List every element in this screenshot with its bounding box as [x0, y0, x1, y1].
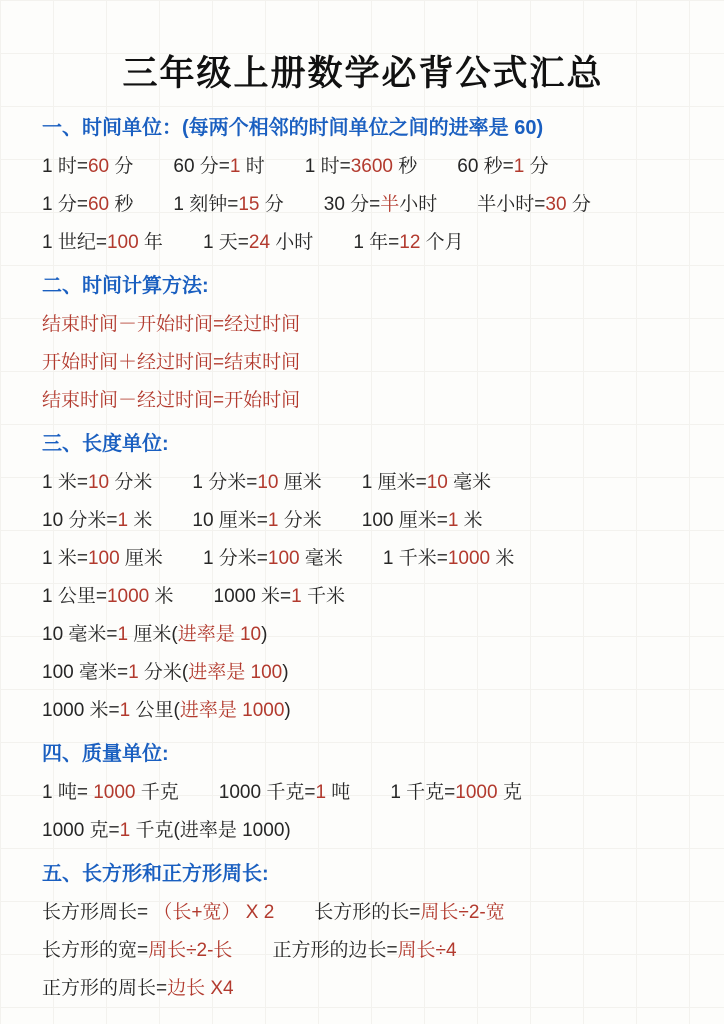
- formula-highlight: 24: [249, 232, 270, 253]
- formula: 1 米=100 厘米: [42, 547, 163, 570]
- formula-text: 时: [240, 156, 264, 177]
- formula-text: 长方形周长=: [42, 902, 153, 923]
- formula-highlight: 半: [380, 194, 399, 215]
- formula: 1 米=10 分米: [42, 471, 152, 494]
- formula-text: 千米: [302, 586, 345, 607]
- formula-highlight: 100: [88, 548, 120, 569]
- formula-highlight: 1000: [107, 586, 149, 607]
- formula-highlight: 1: [230, 156, 241, 177]
- formula-line: 1 米=10 分米1 分米=10 厘米1 厘米=10 毫米: [42, 471, 704, 494]
- formula-text: 公里(: [130, 700, 180, 721]
- formula: 1000 克=1 千克(进率是 1000): [42, 819, 291, 842]
- formula-line: 1000 米=1 公里(进率是 1000): [42, 699, 704, 722]
- formula-highlight: 1: [448, 510, 459, 531]
- formula: 10 毫米=1 厘米(进率是 10): [42, 623, 267, 646]
- formula-highlight: （长+宽） X 2: [153, 902, 274, 923]
- formula-text: 1 吨=: [42, 782, 93, 803]
- formula-text: 个月: [420, 232, 463, 253]
- formula: 1 世纪=100 年: [42, 231, 163, 254]
- formula-text: 1 千米=: [383, 548, 448, 569]
- formula-text: 分米: [109, 472, 152, 493]
- formula-highlight: 1: [120, 820, 131, 841]
- formula-text: 小时: [399, 194, 437, 215]
- formula: 1 年=12 个月: [353, 231, 463, 254]
- formula-text: 克: [498, 782, 522, 803]
- formula-highlight: 60: [88, 194, 109, 215]
- formula: 1 厘米=10 毫米: [362, 471, 491, 494]
- formula-line: 长方形的宽=周长÷2-长正方形的边长=周长÷4: [42, 939, 704, 962]
- formula-text: ): [261, 624, 267, 645]
- formula-text: 年: [139, 232, 163, 253]
- section-heading: 三、长度单位:: [42, 432, 704, 456]
- formula-line: 1 公里=1000 米1000 米=1 千米: [42, 585, 704, 608]
- formula-line: 10 分米=1 米10 厘米=1 分米100 厘米=1 米: [42, 509, 704, 532]
- formula-text: 千克(进率是 1000): [130, 820, 290, 841]
- formula: 半小时=30 分: [477, 193, 591, 216]
- formula-line: 1 时=60 分60 分=1 时1 时=3600 秒60 秒=1 分: [42, 155, 704, 178]
- formula-text: 1 年=: [353, 232, 399, 253]
- formula-text: 60 秒=: [457, 156, 514, 177]
- page-title: 三年级上册数学必背公式汇总: [42, 46, 684, 96]
- formula-text: 千克: [136, 782, 179, 803]
- formula: 1000 千克=1 吨: [219, 781, 351, 804]
- formula-line: 1 世纪=100 年1 天=24 小时1 年=12 个月: [42, 231, 704, 254]
- formula: 1 分=60 秒: [42, 193, 133, 216]
- formula-highlight: 周长÷4: [398, 940, 457, 961]
- formula-text: 1 分米=: [203, 548, 268, 569]
- formula-text: 10 分米=: [42, 510, 118, 531]
- formula-highlight: 10: [257, 472, 278, 493]
- formula-text: 毫米: [448, 472, 491, 493]
- sections-container: 一、时间单位：(每两个相邻的时间单位之间的进率是 60)1 时=60 分60 分…: [42, 116, 704, 1000]
- formula: 1 分米=10 厘米: [192, 471, 321, 494]
- formula-text: 10 毫米=: [42, 624, 118, 645]
- formula-text: 秒: [109, 194, 133, 215]
- formula-highlight: 进率是 1000: [180, 700, 285, 721]
- formula: 1 分米=100 毫米: [203, 547, 343, 570]
- formula-highlight: 开始时间＋经过时间=结束时间: [42, 352, 300, 373]
- formula: 60 分=1 时: [173, 155, 264, 178]
- formula-line: 10 毫米=1 厘米(进率是 10): [42, 623, 704, 646]
- section-heading: 一、时间单位：(每两个相邻的时间单位之间的进率是 60): [42, 116, 704, 140]
- formula-highlight: 1: [118, 624, 129, 645]
- formula-highlight: 10: [427, 472, 448, 493]
- formula: 正方形的边长=周长÷4: [272, 939, 456, 962]
- formula-text: 厘米(: [128, 624, 178, 645]
- formula-highlight: 结束时间－开始时间=经过时间: [42, 314, 300, 335]
- formula-highlight: 结束时间－经过时间=开始时间: [42, 390, 300, 411]
- section-heading: 二、时间计算方法:: [42, 274, 704, 298]
- formula: 60 秒=1 分: [457, 155, 548, 178]
- formula-line: 1 吨= 1000 千克1000 千克=1 吨1 千克=1000 克: [42, 781, 704, 804]
- formula-highlight: 1000: [455, 782, 497, 803]
- formula-line: 开始时间＋经过时间=结束时间: [42, 351, 704, 374]
- formula: 10 厘米=1 分米: [192, 509, 321, 532]
- formula-line: 结束时间－经过时间=开始时间: [42, 389, 704, 412]
- formula-line: 1 分=60 秒1 刻钟=15 分30 分=半小时半小时=30 分: [42, 193, 704, 216]
- formula: 100 厘米=1 米: [362, 509, 483, 532]
- formula-text: 1 世纪=: [42, 232, 107, 253]
- formula: 10 分米=1 米: [42, 509, 152, 532]
- formula-text: 1 米=: [42, 472, 88, 493]
- formula: 长方形的长=周长÷2-宽: [314, 901, 504, 924]
- formula-highlight: 100: [107, 232, 139, 253]
- formula-highlight: 周长÷2-宽: [420, 902, 504, 923]
- formula-highlight: 1: [118, 510, 129, 531]
- formula-highlight: 1: [315, 782, 326, 803]
- formula-line: 1 米=100 厘米1 分米=100 毫米1 千米=1000 米: [42, 547, 704, 570]
- formula-text: 正方形的边长=: [272, 940, 397, 961]
- formula-text: 秒: [393, 156, 417, 177]
- section-heading: 五、长方形和正方形周长:: [42, 862, 704, 886]
- formula: 长方形周长= （长+宽） X 2: [42, 901, 274, 924]
- formula: 30 分=半小时: [324, 193, 438, 216]
- formula-text: 1 时=: [42, 156, 88, 177]
- formula-highlight: 1: [291, 586, 302, 607]
- formula-text: 米: [458, 510, 482, 531]
- formula-text: 10 厘米=: [192, 510, 268, 531]
- formula-highlight: 1000: [448, 548, 490, 569]
- formula-text: 分: [567, 194, 591, 215]
- formula-text: 30 分=: [324, 194, 381, 215]
- formula-line: 100 毫米=1 分米(进率是 100): [42, 661, 704, 684]
- formula-text: 100 毫米=: [42, 662, 128, 683]
- formula-text: 1 千克=: [390, 782, 455, 803]
- formula-highlight: 1: [120, 700, 131, 721]
- formula-text: 米: [490, 548, 514, 569]
- formula-text: 小时: [270, 232, 313, 253]
- formula: 长方形的宽=周长÷2-长: [42, 939, 232, 962]
- formula-highlight: 100: [268, 548, 300, 569]
- formula-line: 长方形周长= （长+宽） X 2长方形的长=周长÷2-宽: [42, 901, 704, 924]
- formula-highlight: 1: [268, 510, 279, 531]
- formula-text: 长方形的长=: [314, 902, 420, 923]
- formula-highlight: 3600: [351, 156, 393, 177]
- formula-text: 厘米: [278, 472, 321, 493]
- formula: 1 刻钟=15 分: [173, 193, 283, 216]
- formula: 1 时=60 分: [42, 155, 133, 178]
- worksheet-page: 三年级上册数学必背公式汇总 一、时间单位：(每两个相邻的时间单位之间的进率是 6…: [0, 0, 724, 1024]
- formula: 结束时间－开始时间=经过时间: [42, 313, 300, 336]
- formula-text: 分米: [278, 510, 321, 531]
- formula-text: 厘米: [120, 548, 163, 569]
- formula-text: 1000 米=: [42, 700, 120, 721]
- formula: 1 公里=1000 米: [42, 585, 174, 608]
- formula-text: 正方形的周长=: [42, 978, 167, 999]
- formula: 开始时间＋经过时间=结束时间: [42, 351, 300, 374]
- formula: 1 千克=1000 克: [390, 781, 522, 804]
- formula-highlight: 边长 X4: [167, 978, 234, 999]
- formula-highlight: 12: [399, 232, 420, 253]
- formula-highlight: 30: [545, 194, 566, 215]
- formula-text: ): [282, 662, 288, 683]
- formula: 1 时=3600 秒: [305, 155, 418, 178]
- formula-text: 100 厘米=: [362, 510, 448, 531]
- formula-text: 1 公里=: [42, 586, 107, 607]
- formula-text: 分: [109, 156, 133, 177]
- formula-text: 毫米: [300, 548, 343, 569]
- formula-text: 分: [259, 194, 283, 215]
- formula: 正方形的周长=边长 X4: [42, 977, 234, 1000]
- section-heading: 四、质量单位:: [42, 742, 704, 766]
- formula-text: 1 分米=: [192, 472, 257, 493]
- formula: 1 吨= 1000 千克: [42, 781, 179, 804]
- formula-text: ): [284, 700, 290, 721]
- formula-text: 米: [149, 586, 173, 607]
- formula-highlight: 1: [128, 662, 139, 683]
- formula-line: 结束时间－开始时间=经过时间: [42, 313, 704, 336]
- formula-line: 正方形的周长=边长 X4: [42, 977, 704, 1000]
- formula-line: 1000 克=1 千克(进率是 1000): [42, 819, 704, 842]
- formula-text: 米: [128, 510, 152, 531]
- formula-text: 半小时=: [477, 194, 545, 215]
- formula-highlight: 1000: [93, 782, 135, 803]
- formula: 1000 米=1 公里(进率是 1000): [42, 699, 291, 722]
- formula-text: 1 米=: [42, 548, 88, 569]
- formula-text: 1000 克=: [42, 820, 120, 841]
- formula-highlight: 15: [238, 194, 259, 215]
- formula-text: 1 天=: [203, 232, 249, 253]
- formula-text: 1000 米=: [214, 586, 292, 607]
- formula: 1000 米=1 千米: [214, 585, 346, 608]
- formula-text: 1 厘米=: [362, 472, 427, 493]
- formula: 1 千米=1000 米: [383, 547, 515, 570]
- formula-text: 分: [524, 156, 548, 177]
- formula-highlight: 1: [514, 156, 525, 177]
- formula: 结束时间－经过时间=开始时间: [42, 389, 300, 412]
- formula-text: 60 分=: [173, 156, 230, 177]
- formula-highlight: 60: [88, 156, 109, 177]
- formula-text: 1 刻钟=: [173, 194, 238, 215]
- formula: 100 毫米=1 分米(进率是 100): [42, 661, 289, 684]
- formula-text: 1 时=: [305, 156, 351, 177]
- formula-highlight: 进率是 100: [188, 662, 282, 683]
- formula-text: 吨: [326, 782, 350, 803]
- formula-highlight: 10: [88, 472, 109, 493]
- formula-highlight: 进率是 10: [178, 624, 261, 645]
- formula-text: 长方形的宽=: [42, 940, 148, 961]
- formula-highlight: 周长÷2-长: [148, 940, 232, 961]
- formula: 1 天=24 小时: [203, 231, 313, 254]
- formula-text: 1000 千克=: [219, 782, 316, 803]
- formula-text: 1 分=: [42, 194, 88, 215]
- formula-text: 分米(: [139, 662, 189, 683]
